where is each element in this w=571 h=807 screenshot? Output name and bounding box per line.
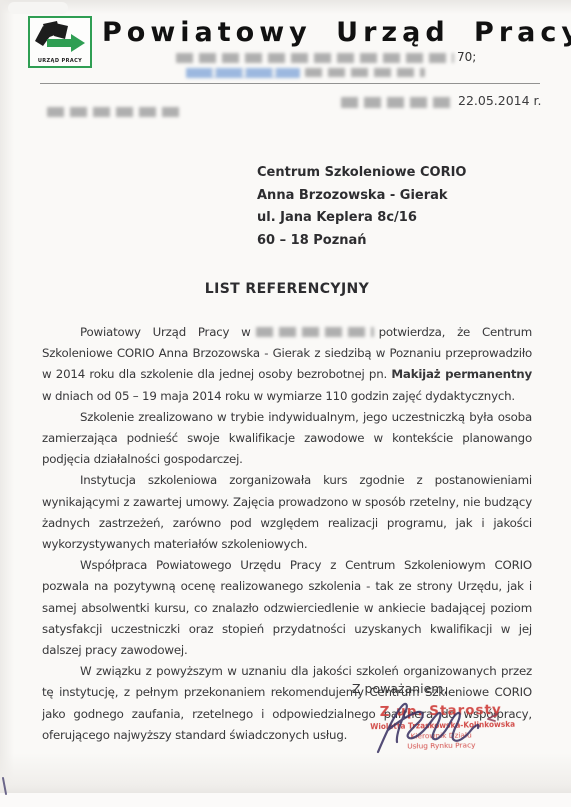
redacted-city-dateline xyxy=(341,97,453,108)
paragraph-1-start: Powiatowy Urząd Pracy w xyxy=(80,325,251,339)
scan-artifact-mark xyxy=(0,774,12,798)
scan-edge-shadow-top xyxy=(0,0,571,14)
redacted-email xyxy=(305,68,425,77)
paragraph-1: Powiatowy Urząd Pracy wpotwierdza, że Ce… xyxy=(42,322,532,407)
handwritten-signature xyxy=(368,694,513,764)
letter-subject: LIST REFERENCYJNY xyxy=(42,281,532,297)
pup-logo-icon xyxy=(31,19,89,55)
redacted-website-link xyxy=(186,68,300,78)
redacted-reference-number xyxy=(47,107,183,117)
recipient-person: Anna Brzozowska - Gierak xyxy=(257,185,466,208)
redacted-address-line xyxy=(176,53,454,63)
header-divider xyxy=(40,83,540,84)
training-name-bold: Makijaż permanentny xyxy=(391,367,532,381)
recipient-city: 60 – 18 Poznań xyxy=(257,230,466,253)
pup-logo: URZĄD PRACY xyxy=(28,16,92,68)
pup-logo-caption: URZĄD PRACY xyxy=(38,58,82,64)
paragraph-1-end: w dniach od 05 – 19 maja 2014 roku w wym… xyxy=(42,389,515,403)
redacted-city-in-body xyxy=(256,327,374,337)
paragraph-2: Szkolenie zrealizowano w trybie indywidu… xyxy=(42,407,532,471)
address-visible-fragment: 70; xyxy=(457,50,476,64)
organization-name: Powiatowy Urząd Pracy xyxy=(102,17,571,48)
paragraph-4: Współpraca Powiatowego Urzędu Pracy z Ce… xyxy=(42,555,532,661)
recipient-street: ul. Jana Keplera 8c/16 xyxy=(257,207,466,230)
letter-date: 22.05.2014 r. xyxy=(458,93,542,108)
letter-body: Powiatowy Urząd Pracy wpotwierdza, że Ce… xyxy=(42,322,532,746)
recipient-company: Centrum Szkoleniowe CORIO xyxy=(257,162,466,185)
paragraph-3: Instytucja szkoleniowa zorganizowała kur… xyxy=(42,470,532,555)
recipient-block: Centrum Szkoleniowe CORIO Anna Brzozowsk… xyxy=(257,162,466,252)
scanned-letter: URZĄD PRACY Powiatowy Urząd Pracy 70; 22… xyxy=(0,0,571,807)
scan-edge-shadow-left xyxy=(0,0,14,807)
scan-edge-light-bottom xyxy=(0,793,571,807)
scan-corner-highlight xyxy=(8,2,68,14)
